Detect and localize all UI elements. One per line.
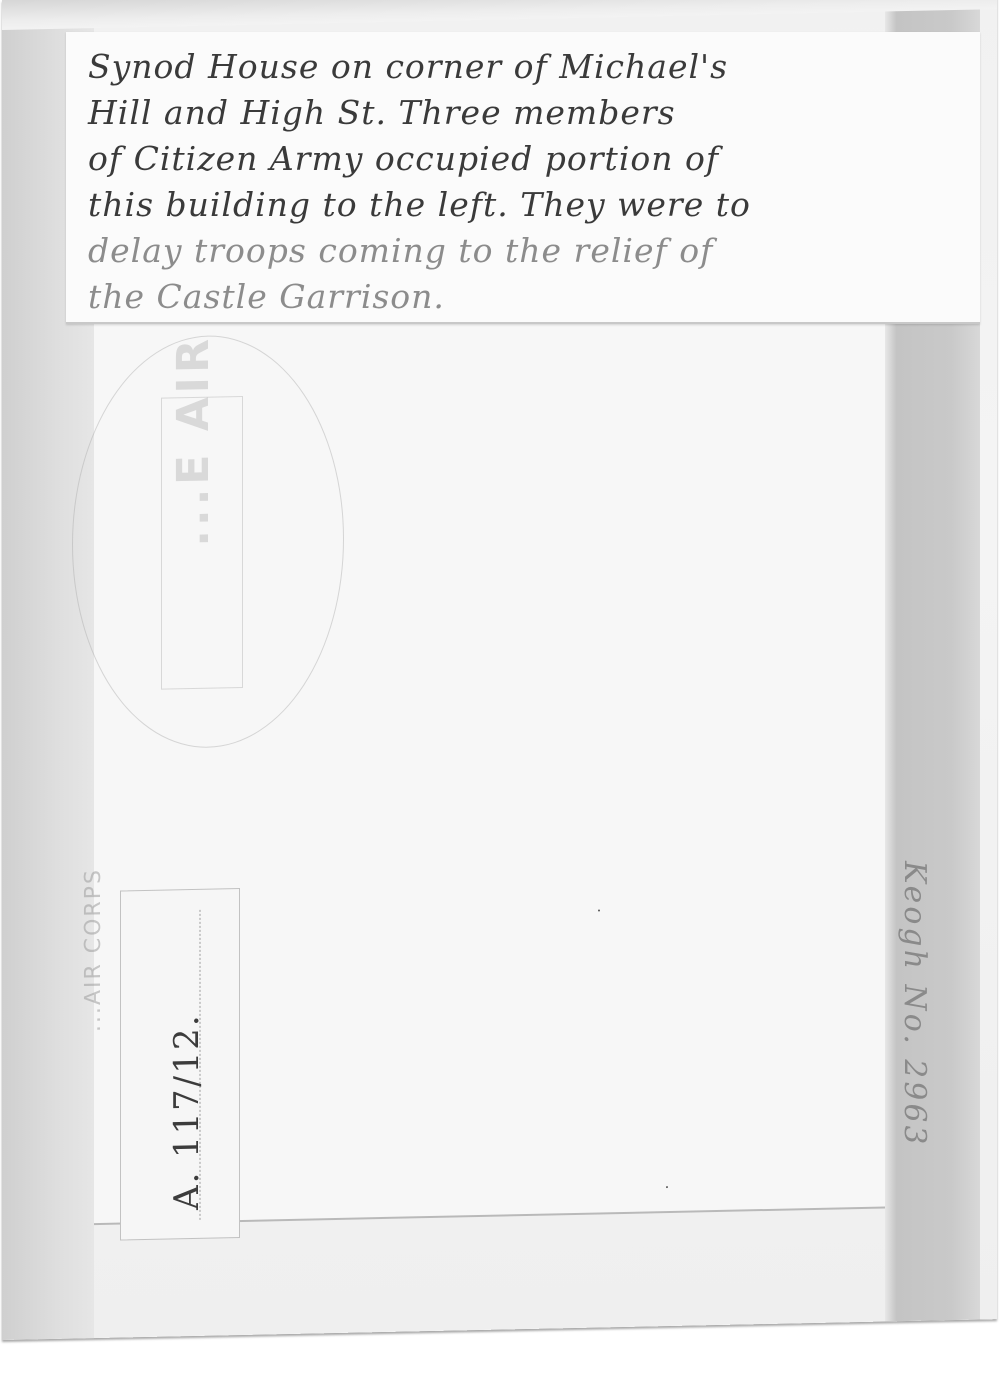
ink-speck [598,909,600,911]
label-line: this building to the left. They were to [88,182,958,228]
ink-speck [666,1186,668,1188]
label-text: Synod House on corner of Michael's Hill … [88,44,958,320]
reference-number: A. 117/12. [167,1013,207,1210]
top-fold-shadow [2,0,997,30]
label-line: Hill and High St. Three members [88,90,958,136]
label-line: Synod House on corner of Michael's [88,44,958,90]
label-line: delay troops coming to the relief of [88,228,958,274]
archive-number: Keogh No. 2963 [897,861,932,1148]
label-line: of Citizen Army occupied portion of [88,136,958,182]
label-line: the Castle Garrison. [88,274,958,320]
handwritten-label: Synod House on corner of Michael's Hill … [66,32,980,324]
reference-box-printed-text: ...AIR CORPS [81,868,106,1033]
reference-box: ...AIR CORPS A. 117/12. [120,888,240,1241]
